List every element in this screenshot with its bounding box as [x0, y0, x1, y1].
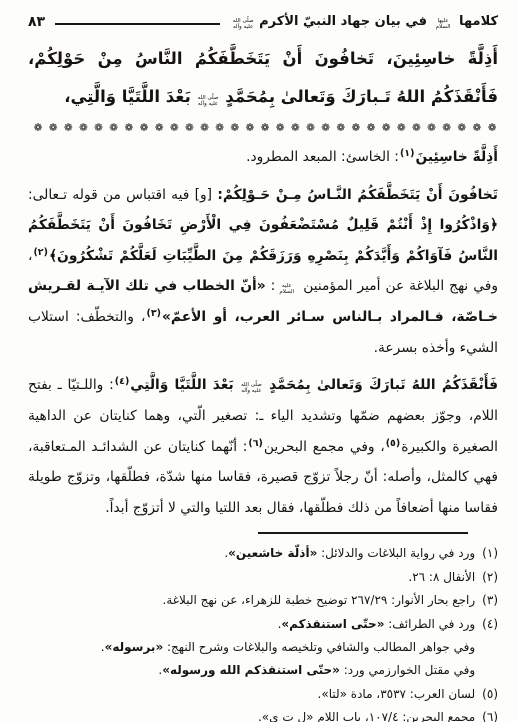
honorific-ornament: صلّى الله عليه وآله — [198, 95, 219, 107]
text-segment: تَخافُونَ أَنْ يَتَخَطَّفَكُمُ النَّـاسُ… — [217, 187, 498, 203]
paragraph: فَأَنْقَذَكُمُ اللهُ تَبارَكَ وَتَعالىٰ … — [28, 370, 498, 523]
footnote-text: الأنفال ٨: ٢٦. — [28, 566, 475, 589]
page-number: ٨٣ — [28, 14, 45, 30]
text-segment: «حتّى استنقذكم» — [281, 617, 384, 631]
text-segment: بَعْدَ اللَّتَيَّا وَالَّتِي — [130, 377, 240, 393]
text-segment: مجمع البحرين: ١٠٧/٤، باب اللام «ل ت ي». — [258, 710, 475, 722]
text-segment: [و] فيه اقتباس من قوله تـعالى: — [28, 187, 217, 203]
footnote-line: ورد في الطرائف: «حتّى استنقذكم». — [28, 613, 475, 636]
page-header: كلامها عليها السلام في بيان جهاد النبيّ … — [28, 14, 498, 30]
footnote-text: مجمع البحرين: ١٠٧/٤، باب اللام «ل ت ي». — [28, 706, 475, 722]
footnote-item: (٦)مجمع البحرين: ١٠٧/٤، باب اللام «ل ت ي… — [28, 706, 498, 722]
text-segment: ، وفي مجمع البحرين — [264, 439, 385, 455]
text-segment: راجع بحار الأنوار: ٢٦٧/٢٩ توضيح خطبة للز… — [163, 593, 476, 607]
footnote-ref: (٤) — [115, 376, 130, 387]
footnote-line: راجع بحار الأنوار: ٢٦٧/٢٩ توضيح خطبة للز… — [28, 589, 475, 612]
footnotes-section: (١)ورد في رواية البلاغات والدلائل: «أذلّ… — [28, 542, 498, 722]
footnote-item: (١)ورد في رواية البلاغات والدلائل: «أذلّ… — [28, 542, 498, 565]
footnote-line: وفي مقتل الخوارزمي ورد: «حتّى استنقذكم ا… — [28, 659, 475, 682]
footnote-line: لسان العرب: ٣٥٣٧، مادة «لتا». — [28, 683, 475, 706]
paragraph: تَخافُونَ أَنْ يَتَخَطَّفَكُمُ النَّـاسُ… — [28, 180, 498, 364]
footnote-ref: (٣) — [147, 308, 162, 319]
footnote-item: (٢)الأنفال ٨: ٢٦. — [28, 566, 498, 589]
footnote-rule — [258, 532, 468, 534]
footnote-item: (٤)ورد في الطرائف: «حتّى استنقذكم».وفي ج… — [28, 613, 498, 683]
paragraph: أَذِلَّةً خاسِئِينَ(١): الخاسئ: المبعد ا… — [28, 142, 498, 173]
footnote-line: مجمع البحرين: ١٠٧/٤، باب اللام «ل ت ي». — [28, 706, 475, 722]
footnote-number: (٤) — [482, 613, 498, 636]
footnote-number: (١) — [482, 542, 498, 565]
text-segment: في بيان جهاد النبيّ الأكرم — [255, 14, 432, 29]
text-segment: ورد في الطرائف: — [384, 617, 475, 631]
ornament-separator: ❁ ❁ ❁ ❁ ❁ ❁ ❁ ❁ ❁ ❁ ❁ ❁ ❁ ❁ ❁ ❁ ❁ ❁ ❁ ❁ … — [28, 122, 498, 134]
footnote-item: (٥)لسان العرب: ٣٥٣٧، مادة «لتا». — [28, 683, 498, 706]
text-segment: بَعْدَ اللَّتَيَّا وَالَّتِي، — [64, 87, 196, 106]
footnote-ref: (٢) — [33, 247, 48, 258]
text-segment: كلامها — [455, 14, 498, 29]
footnote-number: (٦) — [482, 706, 498, 722]
footnote-line: الأنفال ٨: ٢٦. — [28, 566, 475, 589]
book-page: كلامها عليها السلام في بيان جهاد النبيّ … — [0, 0, 518, 722]
commentary-section: أَذِلَّةً خاسِئِينَ(١): الخاسئ: المبعد ا… — [28, 142, 498, 524]
text-segment: ورد في رواية البلاغات والدلائل: — [317, 546, 475, 560]
footnote-text: ورد في الطرائف: «حتّى استنقذكم».وفي جواه… — [28, 613, 475, 683]
honorific-ornament: عليها السلام — [433, 18, 454, 30]
footnote-line: وفي جواهر المطالب والشافي وتلخيصه والبلا… — [28, 636, 475, 659]
footnote-ref: (٥) — [386, 438, 401, 449]
text-segment: «حتّى استنقذكم الله ورسوله» — [162, 663, 340, 677]
footnote-text: راجع بحار الأنوار: ٢٦٧/٢٩ توضيح خطبة للز… — [28, 589, 475, 612]
text-segment: الأنفال ٨: ٢٦. — [408, 570, 475, 584]
text-segment: : الخاسئ: المبعد المطرود. — [246, 149, 399, 165]
text-segment: لسان العرب: ٣٥٣٧، مادة «لتا». — [318, 687, 476, 701]
footnote-ref: (٦) — [248, 438, 263, 449]
text-segment: : — [266, 278, 276, 294]
footnote-item: (٣)راجع بحار الأنوار: ٢٦٧/٢٩ توضيح خطبة … — [28, 589, 498, 612]
footnote-number: (٣) — [482, 589, 498, 612]
footnote-line: ورد في رواية البلاغات والدلائل: «أذلّة خ… — [28, 542, 475, 565]
honorific-ornament: صلّى الله عليه وآله — [233, 18, 254, 30]
matn-quote: أَذِلَّةً خاسِئِينَ، تَخافُونَ أَنْ يَتَ… — [28, 40, 498, 116]
footnote-number: (٥) — [482, 683, 498, 706]
text-segment: «أذلّة خاشعين» — [228, 546, 317, 560]
honorific-ornament: عليه السلام — [276, 283, 297, 295]
honorific-ornament: صلّى الله عليه وآله — [241, 382, 262, 394]
text-segment: أَذِلَّةً خاسِئِينَ — [415, 149, 498, 165]
header-title: كلامها عليها السلام في بيان جهاد النبيّ … — [232, 14, 498, 30]
footnote-text: لسان العرب: ٣٥٣٧، مادة «لتا». — [28, 683, 475, 706]
footnote-ref: (١) — [400, 148, 415, 159]
footnote-number: (٢) — [482, 566, 498, 589]
text-segment: «برسوله» — [105, 640, 164, 654]
text-segment: وفي مقتل الخوارزمي ورد: — [340, 663, 475, 677]
text-segment: فَأَنْقَذَكُمُ اللهُ تَبارَكَ وَتَعالىٰ … — [263, 377, 498, 393]
footnote-text: ورد في رواية البلاغات والدلائل: «أذلّة خ… — [28, 542, 475, 565]
text-segment: وفي جواهر المطالب والشافي وتلخيصه والبلا… — [163, 640, 475, 654]
quran-verse: ﴿وَاذْكُرُوا إِذْ أَنْتُمْ قَلِيلٌ مُسْت… — [28, 217, 498, 264]
header-rule — [55, 23, 220, 25]
